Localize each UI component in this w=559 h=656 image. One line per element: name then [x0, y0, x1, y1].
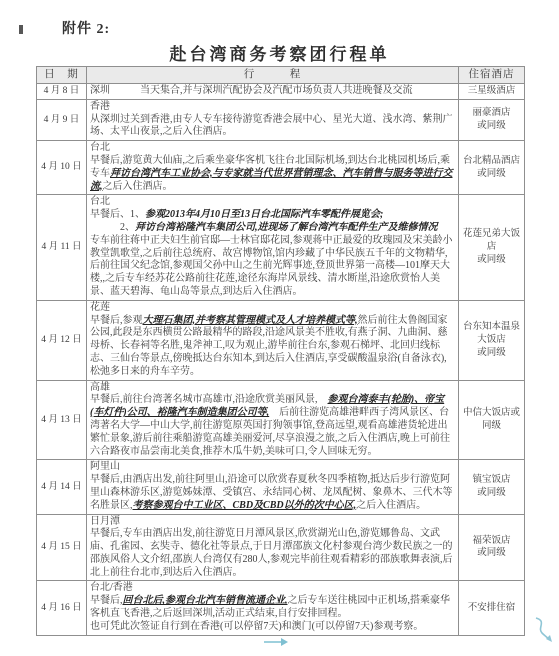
date-cell: 4 月 11 日	[37, 195, 87, 300]
table-row: 4 月 15 日日月潭 早餐后,专车由酒店出发,前往游览日月潭风景区,欣赏湖光山…	[37, 514, 525, 581]
table-row: 4 月 13 日高雄 早餐后,前往台湾著名城市高雄市,沿途欣赏美丽风景, 参观台…	[37, 380, 525, 460]
date-cell: 4 月 10 日	[37, 141, 87, 195]
scan-edge-mark	[19, 25, 23, 34]
table-row: 4 月 10 日台北 早餐后,游览黄大仙庙,之后乘坐豪华客机飞往台北国际机场,到…	[37, 141, 525, 195]
hotel-cell: 福荣饭店 或同级	[459, 514, 525, 581]
itinerary-text: 专车前往蒋中正夫妇生前官邸—士林官邸花园,参观蒋中正最爱的玫瑰园及宋美龄小教堂凯…	[90, 235, 453, 297]
hotel-cell: 三星级酒店	[459, 84, 525, 100]
itinerary-cell: 台北 早餐后,游览黄大仙庙,之后乘坐豪华客机飞往台北国际机场,到达台北桃园机场后…	[87, 141, 459, 195]
document-page: 附件 2: 赴台湾商务考察团行程单 日 期 行 程 住宿酒店 4 月 8 日深圳…	[0, 0, 559, 656]
itinerary-highlight: 参观2013年4月10日至13日台北国际汽车零配件展览会;	[145, 209, 383, 220]
itinerary-text: 2、	[90, 222, 135, 233]
table-header-row: 日 期 行 程 住宿酒店	[37, 67, 525, 84]
itinerary-cell: 阿里山 早餐后,由酒店出发,前往阿里山,沿途可以欣赏春夏秋冬四季植物,抵达后步行…	[87, 460, 459, 514]
itinerary-highlight: 回台北后,参观台北汽车销售流通企业,	[123, 595, 288, 606]
itinerary-cell: 香港 从深圳过关到香港,由专人专车接待游览香港会展中心、星光大道、浅水湾、紫荆广…	[87, 99, 459, 140]
date-cell: 4 月 13 日	[37, 380, 87, 460]
hotel-cell: 镇宝饭店 或同级	[459, 460, 525, 514]
attachment-label: 附件 2:	[62, 18, 110, 38]
itinerary-cell: 高雄 早餐后,前往台湾著名城市高雄市,沿途欣赏美丽风景, 参观台湾泰丰(轮胎)、…	[87, 380, 459, 460]
table-row: 4 月 12 日花莲 早餐后,参观大理石集团,并考察其管理模式及人才培养模式等,…	[37, 300, 525, 380]
itinerary-text: 高雄 早餐后,前往台湾著名城市高雄市,沿途欣赏美丽风景,	[90, 382, 328, 406]
itinerary-highlight: 考察参观台中工业区、CBD及CBD以外的次中心区,	[133, 500, 357, 511]
itinerary-text: 台北 早餐后、1、	[90, 196, 145, 220]
table-row: 4 月 14 日阿里山 早餐后,由酒店出发,前往阿里山,沿途可以欣赏春夏秋冬四季…	[37, 460, 525, 514]
itinerary-cell: 深圳 当天集合,并与深圳汽配协会及汽配市场负责人共进晚餐及交流	[87, 84, 459, 100]
table-row: 4 月 9 日香港 从深圳过关到香港,由专人专车接待游览香港会展中心、星光大道、…	[37, 99, 525, 140]
hotel-cell: 台东知本温泉大饭店 或同级	[459, 300, 525, 380]
page-title: 赴台湾商务考察团行程单	[0, 40, 559, 65]
date-cell: 4 月 9 日	[37, 99, 87, 140]
hotel-cell: 不安排住宿	[459, 581, 525, 635]
itinerary-cell: 花莲 早餐后,参观大理石集团,并考察其管理模式及人才培养模式等,然后前往太鲁阁国…	[87, 300, 459, 380]
date-cell: 4 月 12 日	[37, 300, 87, 380]
itinerary-text: 花莲 早餐后,参观	[90, 302, 143, 326]
date-cell: 4 月 8 日	[37, 84, 87, 100]
hotel-cell: 中信大饭店或同级	[459, 380, 525, 460]
header-itinerary: 行 程	[87, 67, 459, 84]
hotel-cell: 台北精品酒店 或同级	[459, 141, 525, 195]
header-hotel: 住宿酒店	[459, 67, 525, 84]
table-row: 4 月 16 日台北/香港 早餐后,回台北后,参观台北汽车销售流通企业,之后专车…	[37, 581, 525, 635]
itinerary-text: 之后入住酒店。	[103, 181, 173, 192]
date-cell: 4 月 14 日	[37, 460, 87, 514]
itinerary-text: 香港 从深圳过关到香港,由专人专车接待游览香港会展中心、星光大道、浅水湾、紫荆广…	[90, 101, 453, 138]
itinerary-highlight: 大理石集团,并考察其管理模式及人才培养模式等,	[143, 315, 358, 326]
right-arrow-icon	[262, 636, 290, 648]
table-row: 4 月 11 日台北 早餐后、1、参观2013年4月10日至13日台北国际汽车零…	[37, 195, 525, 300]
hotel-cell: 花莲兄弟大饭店 或同级	[459, 195, 525, 300]
itinerary-cell: 台北 早餐后、1、参观2013年4月10日至13日台北国际汽车零配件展览会; 2…	[87, 195, 459, 300]
itinerary-text: 日月潭 早餐后,专车由酒店出发,前往游览日月潭风景区,欣赏湖光山色,游览娜鲁岛、…	[90, 516, 453, 578]
itinerary-cell: 日月潭 早餐后,专车由酒店出发,前往游览日月潭风景区,欣赏湖光山色,游览娜鲁岛、…	[87, 514, 459, 581]
itinerary-table-body: 4 月 8 日深圳 当天集合,并与深圳汽配协会及汽配市场负责人共进晚餐及交流三星…	[37, 84, 525, 636]
itinerary-highlight: 拜访台湾裕隆汽车集团公司,进现场了解台湾汽车配件生产及维修情况	[135, 222, 438, 233]
itinerary-cell: 台北/香港 早餐后,回台北后,参观台北汽车销售流通企业,之后专车送往桃园中正机场…	[87, 581, 459, 635]
itinerary-text: 深圳 当天集合,并与深圳汽配协会及汽配市场负责人共进晚餐及交流	[90, 85, 413, 96]
itinerary-table: 日 期 行 程 住宿酒店 4 月 8 日深圳 当天集合,并与深圳汽配协会及汽配市…	[36, 66, 525, 636]
date-cell: 4 月 15 日	[37, 514, 87, 581]
hotel-cell: 丽豪酒店 或同级	[459, 99, 525, 140]
squiggle-arrow-icon	[533, 615, 557, 645]
table-row: 4 月 8 日深圳 当天集合,并与深圳汽配协会及汽配市场负责人共进晚餐及交流三星…	[37, 84, 525, 100]
date-cell: 4 月 16 日	[37, 581, 87, 635]
itinerary-text: 之后入住酒店。	[356, 500, 426, 511]
header-date: 日 期	[37, 67, 87, 84]
